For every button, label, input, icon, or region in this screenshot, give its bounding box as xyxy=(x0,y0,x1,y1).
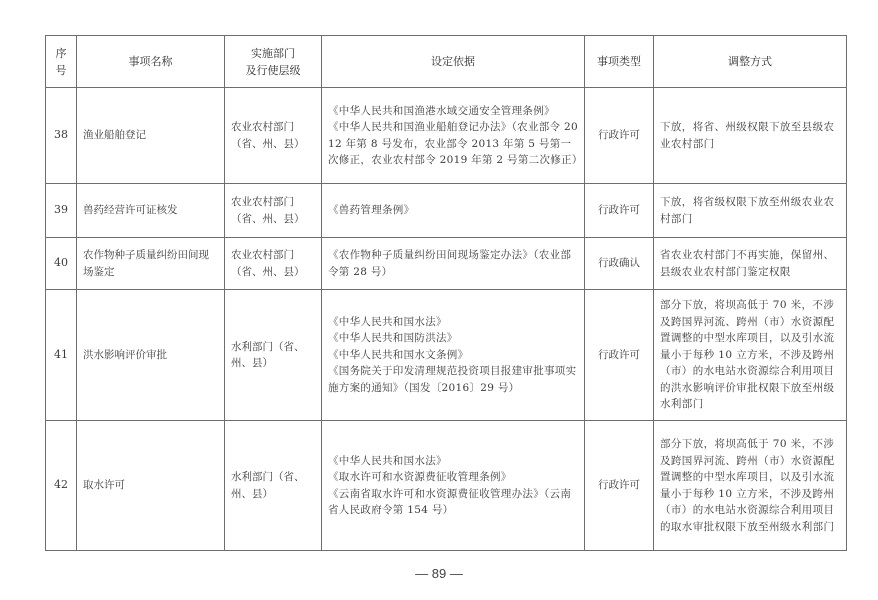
header-adjust: 调整方式 xyxy=(654,36,847,88)
table-row: 42 取水许可 水利部门（省、州、县） 《中华人民共和国水法》 《取水许可和水资… xyxy=(46,421,847,551)
table-row: 41 洪水影响评价审批 水利部门（省、州、县） 《中华人民共和国水法》 《中华人… xyxy=(46,290,847,421)
table-row: 39 兽药经营许可证核发 农业农村部门（省、州、县） 《兽药管理条例》 行政许可… xyxy=(46,184,847,238)
item-name: 兽药经营许可证核发 xyxy=(77,184,225,238)
item-basis: 《中华人民共和国水法》 《取水许可和水资源费征收管理条例》 《云南省取水许可和水… xyxy=(322,421,585,551)
item-dept: 农业农村部门（省、州、县） xyxy=(225,88,322,184)
items-table: 序号 事项名称 实施部门 及行使层级 设定依据 事项类型 调整方式 38 渔业船… xyxy=(45,35,847,551)
item-type: 行政许可 xyxy=(585,88,654,184)
item-type: 行政许可 xyxy=(585,421,654,551)
row-number: 41 xyxy=(46,290,77,421)
basis-line: 《农作物种子质量纠纷田间现场鉴定办法》（农业部令第 28 号） xyxy=(328,247,578,280)
table-header-row: 序号 事项名称 实施部门 及行使层级 设定依据 事项类型 调整方式 xyxy=(46,36,847,88)
header-name: 事项名称 xyxy=(77,36,225,88)
item-adjust: 下放，将省级权限下放至州级农业农村部门 xyxy=(654,184,847,238)
item-dept: 水利部门（省、州、县） xyxy=(225,290,322,421)
basis-line: 《国务院关于印发清理规范投资项目报建审批事项实施方案的通知》（国发〔2016〕2… xyxy=(328,363,578,396)
item-dept: 水利部门（省、州、县） xyxy=(225,421,322,551)
basis-line: 《兽药管理条例》 xyxy=(328,202,578,219)
item-basis: 《兽药管理条例》 xyxy=(322,184,585,238)
row-number: 38 xyxy=(46,88,77,184)
header-no: 序号 xyxy=(46,36,77,88)
basis-line: 《云南省取水许可和水资源费征收管理办法》（云南省人民政府令第 154 号） xyxy=(328,486,578,519)
item-adjust: 下放，将省、州级权限下放至县级农业农村部门 xyxy=(654,88,847,184)
header-basis: 设定依据 xyxy=(322,36,585,88)
basis-line: 《中华人民共和国水法》 xyxy=(328,314,578,331)
table-row: 40 农作物种子质量纠纷田间现场鉴定 农业农村部门（省、州、县） 《农作物种子质… xyxy=(46,238,847,290)
item-adjust: 省农业农村部门不再实施，保留州、县级农业农村部门鉴定权限 xyxy=(654,238,847,290)
basis-line: 《中华人民共和国渔业船舶登记办法》（农业部令 2012 年第 8 号发布，农业部… xyxy=(328,119,578,169)
basis-line: 《中华人民共和国水文条例》 xyxy=(328,347,578,364)
item-dept: 农业农村部门（省、州、县） xyxy=(225,238,322,290)
item-type: 行政许可 xyxy=(585,184,654,238)
basis-line: 《中华人民共和国水法》 xyxy=(328,453,578,470)
table-row: 38 渔业船舶登记 农业农村部门（省、州、县） 《中华人民共和国渔港水域交通安全… xyxy=(46,88,847,184)
header-type: 事项类型 xyxy=(585,36,654,88)
item-adjust: 部分下放，将坝高低于 70 米，不涉及跨国界河流、跨州（市）水资源配置调整的中型… xyxy=(654,290,847,421)
row-number: 42 xyxy=(46,421,77,551)
item-basis: 《中华人民共和国水法》 《中华人民共和国防洪法》 《中华人民共和国水文条例》 《… xyxy=(322,290,585,421)
basis-line: 《取水许可和水资源费征收管理条例》 xyxy=(328,469,578,486)
item-adjust: 部分下放，将坝高低于 70 米，不涉及跨国界河流、跨州（市）水资源配置调整的中型… xyxy=(654,421,847,551)
item-name: 农作物种子质量纠纷田间现场鉴定 xyxy=(77,238,225,290)
item-name: 洪水影响评价审批 xyxy=(77,290,225,421)
basis-line: 《中华人民共和国渔港水域交通安全管理条例》 xyxy=(328,103,578,120)
item-type: 行政许可 xyxy=(585,290,654,421)
header-dept: 实施部门 及行使层级 xyxy=(225,36,322,88)
page-number: — 89 — xyxy=(0,566,878,581)
item-name: 取水许可 xyxy=(77,421,225,551)
row-number: 40 xyxy=(46,238,77,290)
item-name: 渔业船舶登记 xyxy=(77,88,225,184)
header-dept-line2: 及行使层级 xyxy=(231,62,315,79)
header-dept-line1: 实施部门 xyxy=(231,45,315,62)
item-basis: 《中华人民共和国渔港水域交通安全管理条例》 《中华人民共和国渔业船舶登记办法》（… xyxy=(322,88,585,184)
basis-line: 《中华人民共和国防洪法》 xyxy=(328,330,578,347)
item-type: 行政确认 xyxy=(585,238,654,290)
item-dept: 农业农村部门（省、州、县） xyxy=(225,184,322,238)
item-basis: 《农作物种子质量纠纷田间现场鉴定办法》（农业部令第 28 号） xyxy=(322,238,585,290)
row-number: 39 xyxy=(46,184,77,238)
